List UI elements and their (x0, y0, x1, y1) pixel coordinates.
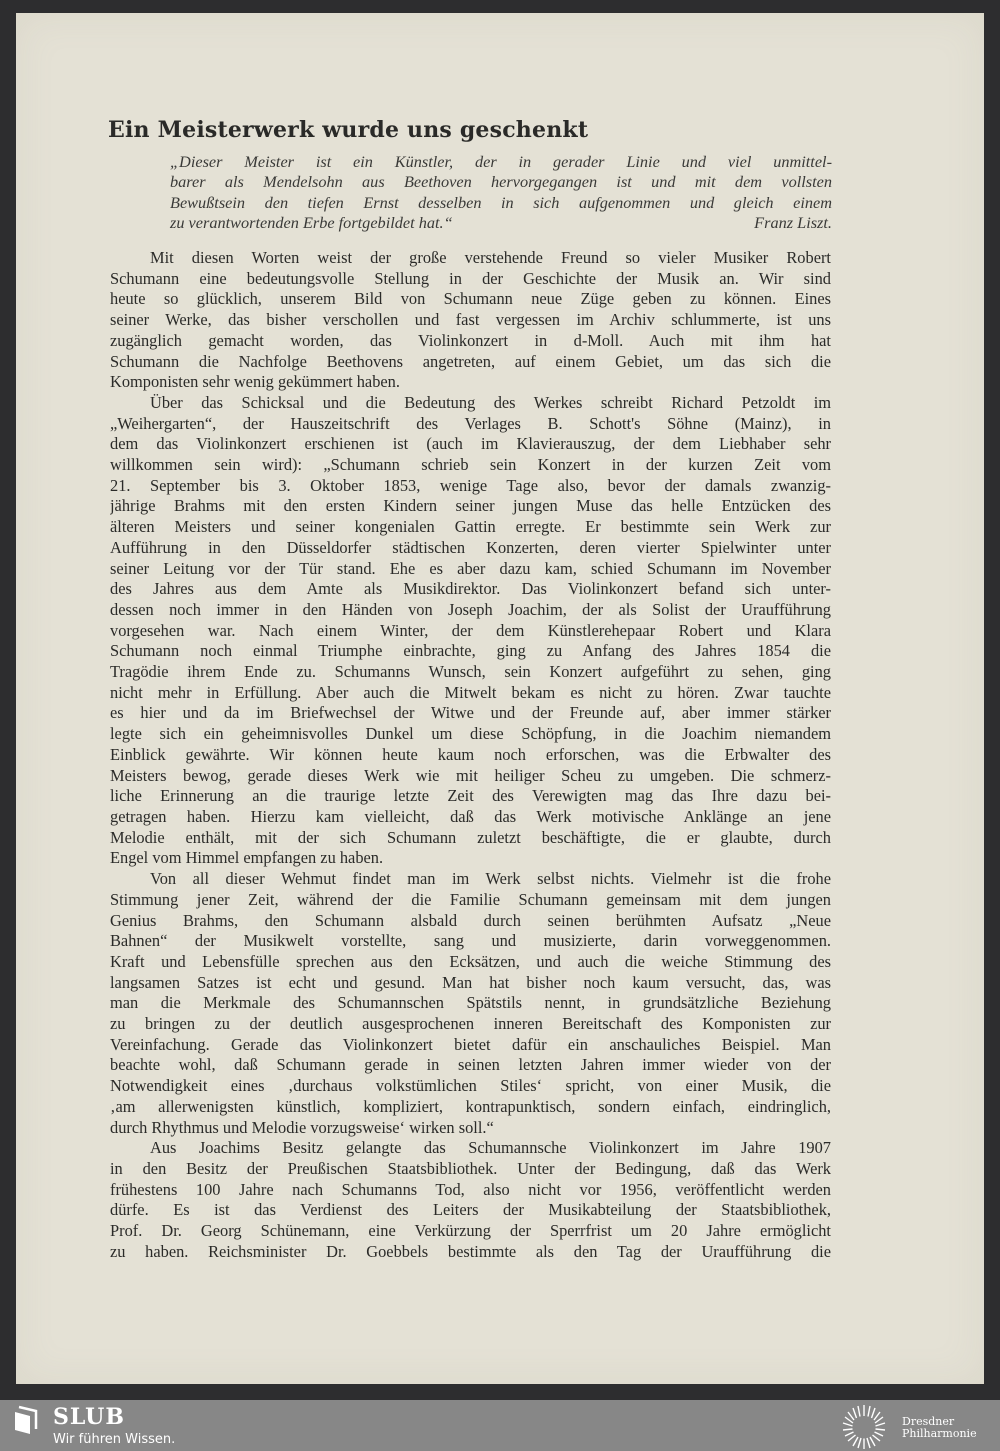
epigraph-attribution: Franz Liszt. (754, 213, 832, 233)
text-line: Notwendigkeit eines ‚durchaus volkstümli… (110, 1076, 831, 1097)
text-line: Meisters bewog, gerade dieses Werk wie m… (110, 766, 831, 787)
text-line: man die Merkmale des Schumannschen Späts… (110, 993, 831, 1014)
text-line: des Jahres aus dem Amte als Musikdirekto… (110, 579, 831, 600)
epigraph-line: Bewußtsein den tiefen Ernst desselben in… (170, 193, 832, 213)
text-line: dem das Violinkonzert erschienen ist (au… (110, 434, 831, 455)
paragraph: Über das Schicksal und die Bedeutung des… (110, 393, 831, 869)
text-line: Vereinfachung. Gerade das Violinkonzert … (110, 1035, 831, 1056)
article-body: Mit diesen Worten weist der große verste… (110, 248, 831, 1262)
text-line: getragen haben. Hierzu kam vielleicht, d… (110, 807, 831, 828)
slub-logo-text: SLUB (53, 1404, 125, 1430)
epigraph-last-line: zu verantwortenden Erbe fortgebildet hat… (170, 213, 832, 233)
epigraph-line: „Dieser Meister ist ein Künstler, der in… (170, 152, 832, 172)
text-line: Engel vom Himmel empfangen zu haben. (110, 848, 831, 869)
text-line: zu haben. Reichsminister Dr. Goebbels be… (110, 1242, 831, 1263)
text-line: langsamen Satzes ist echt und gesund. Ma… (110, 973, 831, 994)
epigraph-quote: „Dieser Meister ist ein Künstler, der in… (170, 152, 832, 233)
text-line: Bahnen“ der Musikwelt vorstellte, sang u… (110, 931, 831, 952)
slub-tagline: Wir führen Wissen. (53, 1432, 175, 1447)
text-line: beachte wohl, daß Schumann gerade in sei… (110, 1055, 831, 1076)
text-line: „Weihergarten“, der Hauszeitschrift des … (110, 414, 831, 435)
text-line: Schumann noch einmal Triumphe einbrachte… (110, 641, 831, 662)
text-line: älteren Meisters und seiner kongenialen … (110, 517, 831, 538)
paragraph: Mit diesen Worten weist der große verste… (110, 248, 831, 393)
text-line: 21. September bis 3. Oktober 1853, wenig… (110, 476, 831, 497)
text-line: seiner Werke, das bisher verschollen und… (110, 310, 831, 331)
text-line: Schumann eine bedeutungsvolle Stellung i… (110, 269, 831, 290)
text-line: Komponisten sehr wenig gekümmert haben. (110, 372, 831, 393)
text-line: Kraft und Lebensfülle sprechen aus den E… (110, 952, 831, 973)
text-line: ‚am allerwenigsten künstlich, komplizier… (110, 1097, 831, 1118)
text-line: Stimmung jener Zeit, während der die Fam… (110, 890, 831, 911)
text-line: Tragödie ihrem Ende zu. Schumanns Wunsch… (110, 662, 831, 683)
slub-book-icon (12, 1404, 42, 1436)
footer-bar: SLUB Wir führen Wissen. (0, 1400, 1000, 1451)
text-line: durch Rhythmus und Melodie vorzugsweise‘… (110, 1118, 831, 1139)
epigraph-line: barer als Mendelsohn aus Beethoven hervo… (170, 172, 832, 192)
document-title: Ein Meisterwerk wurde uns geschenkt (108, 117, 588, 143)
text-line: liche Erinnerung an die traurige letzte … (110, 786, 831, 807)
text-line: frühestens 100 Jahre nach Schumanns Tod,… (110, 1180, 831, 1201)
text-line: Von all dieser Wehmut findet man im Werk… (110, 869, 831, 890)
text-line: seiner Leitung vor der Tür stand. Ehe es… (110, 559, 831, 580)
text-line: in den Besitz der Preußischen Staatsbibl… (110, 1159, 831, 1180)
text-line: Über das Schicksal und die Bedeutung des… (110, 393, 831, 414)
text-line: legte sich ein geheimnisvolles Dunkel um… (110, 724, 831, 745)
text-line: Aus Joachims Besitz gelangte das Schuman… (110, 1138, 831, 1159)
text-line: Aufführung in den Düsseldorfer städtisch… (110, 538, 831, 559)
paragraph: Aus Joachims Besitz gelangte das Schuman… (110, 1138, 831, 1262)
text-line: Melodie enthält, mit der sich Schumann z… (110, 828, 831, 849)
text-line: dessen noch immer in den Händen von Jose… (110, 600, 831, 621)
text-line: jährige Brahms mit den ersten Kindern se… (110, 496, 831, 517)
epigraph-line: zu verantwortenden Erbe fortgebildet hat… (170, 213, 453, 233)
text-line: Schumann die Nachfolge Beethovens angetr… (110, 352, 831, 373)
text-line: Mit diesen Worten weist der große verste… (110, 248, 831, 269)
text-line: willkommen sein wird): „Schumann schrieb… (110, 455, 831, 476)
text-line: es hier und da im Briefwechsel der Witwe… (110, 703, 831, 724)
text-line: vorgesehen war. Nach einem Winter, der d… (110, 621, 831, 642)
philharmonie-sunburst-icon (840, 1403, 888, 1451)
text-line: Prof. Dr. Georg Schünemann, eine Verkürz… (110, 1221, 831, 1242)
text-line: nicht mehr in Erfüllung. Aber auch die M… (110, 683, 831, 704)
text-line: heute so glücklich, unserem Bild von Sch… (110, 289, 831, 310)
text-line: zugänglich gemacht worden, das Violinkon… (110, 331, 831, 352)
philharmonie-line-2: Philharmonie (902, 1427, 977, 1440)
text-line: dürfe. Es ist das Verdienst des Leiters … (110, 1200, 831, 1221)
text-line: Einblick gewährte. Wir können heute kaum… (110, 745, 831, 766)
text-line: Genius Brahms, den Schumann alsbald durc… (110, 911, 831, 932)
text-line: zu bringen zu der deutlich ausgesprochen… (110, 1014, 831, 1035)
philharmonie-logo-text: Dresdner Philharmonie (902, 1416, 977, 1440)
paragraph: Von all dieser Wehmut findet man im Werk… (110, 869, 831, 1138)
